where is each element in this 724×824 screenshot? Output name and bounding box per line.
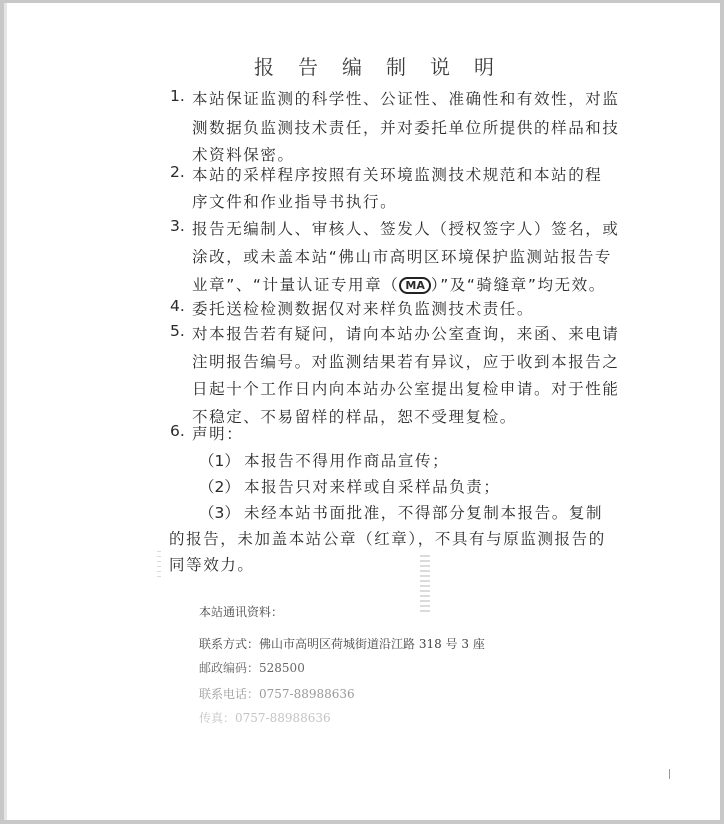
item-3-line-1: 报告无编制人、审核人、签发人（授权签字人）签名，或 [192,217,620,239]
item-6-continuation-1: 的报告，未加盖本站公章（红章），不具有与原监测报告的 [169,527,606,549]
subitem-number: （3） [199,501,240,523]
subitem-number: （2） [199,475,240,497]
item-1-line-3: 术资料保密。 [192,143,295,165]
address-label: 联系方式： [199,637,259,651]
postcode-row: 邮政编码：528500 [199,659,305,676]
phone-row: 联系电话：0757-88988636 [199,685,355,702]
page-title: 报告编制说明 [254,51,518,80]
item-1-line-1: 本站保证监测的科学性、公证性、准确性和有效性，对监 [192,87,620,109]
item-number: 3. [170,217,185,235]
item-4-line-1: 委托送检检测数据仅对来样负监测技术责任。 [192,297,534,319]
subitem-number: （1） [199,449,240,471]
phone-label: 联系电话： [199,687,259,701]
phone-value: 0757-88988636 [259,687,355,701]
item-6-continuation-2: 同等效力。 [169,553,255,575]
item-number: 1. [170,87,185,105]
postcode-value: 528500 [259,661,305,675]
item-number: 5. [170,322,185,340]
contact-heading: 本站通讯资料： [199,603,283,620]
address-row: 联系方式：佛山市高明区荷城街道沿江路 318 号 3 座 [199,635,485,652]
scan-artifact [669,769,670,779]
address-value: 佛山市高明区荷城街道沿江路 318 号 3 座 [259,637,485,651]
scan-artifact [420,555,430,615]
item-5-line-3: 日起十个工作日内向本站办公室提出复检申请。对于性能 [192,377,620,399]
document-page: 报告编制说明 1. 本站保证监测的科学性、公证性、准确性和有效性，对监 测数据负… [4,3,720,820]
item-number: 4. [170,297,185,315]
item-number: 2. [170,163,185,181]
item-3-line-2: 涂改，或未盖本站“佛山市高明区环境保护监测站报告专 [192,245,612,267]
postcode-label: 邮政编码： [199,661,259,675]
scan-artifact [157,551,161,581]
item-6-line-1: 声明： [192,422,243,444]
subitem-2-text: 本报告只对来样或自采样品负责； [244,475,501,497]
item-3-line-3-text: 业章”、“计量认证专用章（ [192,276,399,294]
ma-stamp-icon: MA [399,277,430,294]
fax-row: 传真：0757-88988636 [199,709,331,726]
item-2-line-1: 本站的采样程序按照有关环境监测技术规范和本站的程 [192,163,602,185]
item-1-line-2: 测数据负监测技术责任，并对委托单位所提供的样品和技 [192,116,620,138]
subitem-1-text: 本报告不得用作商品宣传； [244,449,449,471]
item-5-line-1: 对本报告若有疑问，请向本站办公室查询，来函、来电请 [192,322,620,344]
subitem-3-text: 未经本站书面批准，不得部分复制本报告。复制 [244,501,603,523]
fax-value: 0757-88988636 [235,711,331,725]
item-5-line-2: 注明报告编号。对监测结果若有异议，应于收到本报告之 [192,350,620,372]
item-3-line-3: 业章”、“计量认证专用章（MA）”及“骑缝章”均无效。 [192,273,606,295]
item-2-line-2: 序文件和作业指导书执行。 [192,190,397,212]
fax-label: 传真： [199,711,235,725]
item-number: 6. [170,422,185,440]
item-3-line-3-tail: ）”及“骑缝章”均无效。 [431,276,606,294]
